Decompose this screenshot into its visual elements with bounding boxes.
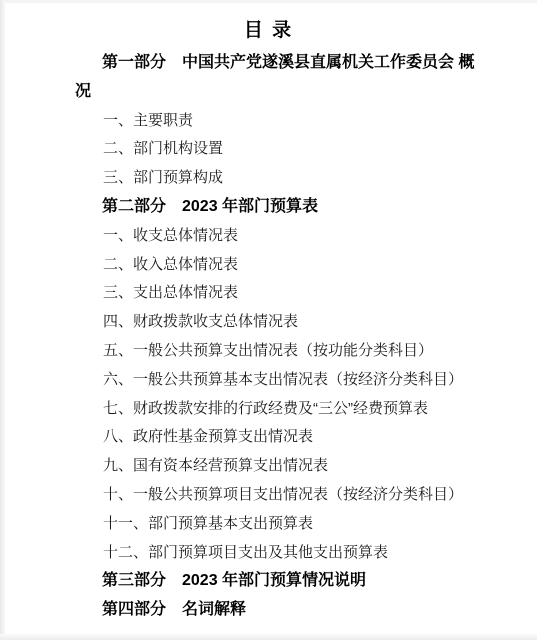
toc-item: 二、部门机构设置 bbox=[0, 135, 537, 164]
scan-edge-bottom bbox=[0, 634, 537, 640]
toc-title: 目 录 bbox=[0, 20, 537, 42]
toc-item: 十一、部门预算基本支出预算表 bbox=[0, 510, 537, 539]
document-page: 目 录 第一部分 中国共产党遂溪县直属机关工作委员会 概 况 一、主要职责 二、… bbox=[0, 0, 537, 640]
scan-edge-left bbox=[0, 0, 5, 640]
scan-edge-top bbox=[0, 0, 537, 3]
toc-item: 四、财政拨款收支总体情况表 bbox=[0, 308, 537, 337]
toc-item: 六、一般公共预算基本支出情况表（按经济分类科目） bbox=[0, 366, 537, 395]
toc-item: 八、政府性基金预算支出情况表 bbox=[0, 423, 537, 452]
toc-item: 十二、部门预算项目支出及其他支出预算表 bbox=[0, 539, 537, 568]
toc-section-heading: 第一部分 中国共产党遂溪县直属机关工作委员会 概 bbox=[0, 49, 537, 78]
toc-item: 一、收支总体情况表 bbox=[0, 222, 537, 251]
toc-item: 十、一般公共预算项目支出情况表（按经济分类科目） bbox=[0, 481, 537, 510]
toc-item: 七、财政拨款安排的行政经费及“三公”经费预算表 bbox=[0, 395, 537, 424]
toc-section-heading: 第三部分 2023 年部门预算情况说明 bbox=[0, 567, 537, 596]
toc-section-heading: 第二部分 2023 年部门预算表 bbox=[0, 193, 537, 222]
table-of-contents: 第一部分 中国共产党遂溪县直属机关工作委员会 概 况 一、主要职责 二、部门机构… bbox=[0, 49, 537, 625]
toc-item: 三、支出总体情况表 bbox=[0, 279, 537, 308]
toc-section-heading-continued: 况 bbox=[0, 78, 537, 107]
toc-item: 二、收入总体情况表 bbox=[0, 251, 537, 280]
toc-item: 五、一般公共预算支出情况表（按功能分类科目） bbox=[0, 337, 537, 366]
toc-item: 三、部门预算构成 bbox=[0, 164, 537, 193]
toc-section-heading: 第四部分 名词解释 bbox=[0, 596, 537, 625]
toc-item: 九、国有资本经营预算支出情况表 bbox=[0, 452, 537, 481]
toc-item: 一、主要职责 bbox=[0, 107, 537, 136]
